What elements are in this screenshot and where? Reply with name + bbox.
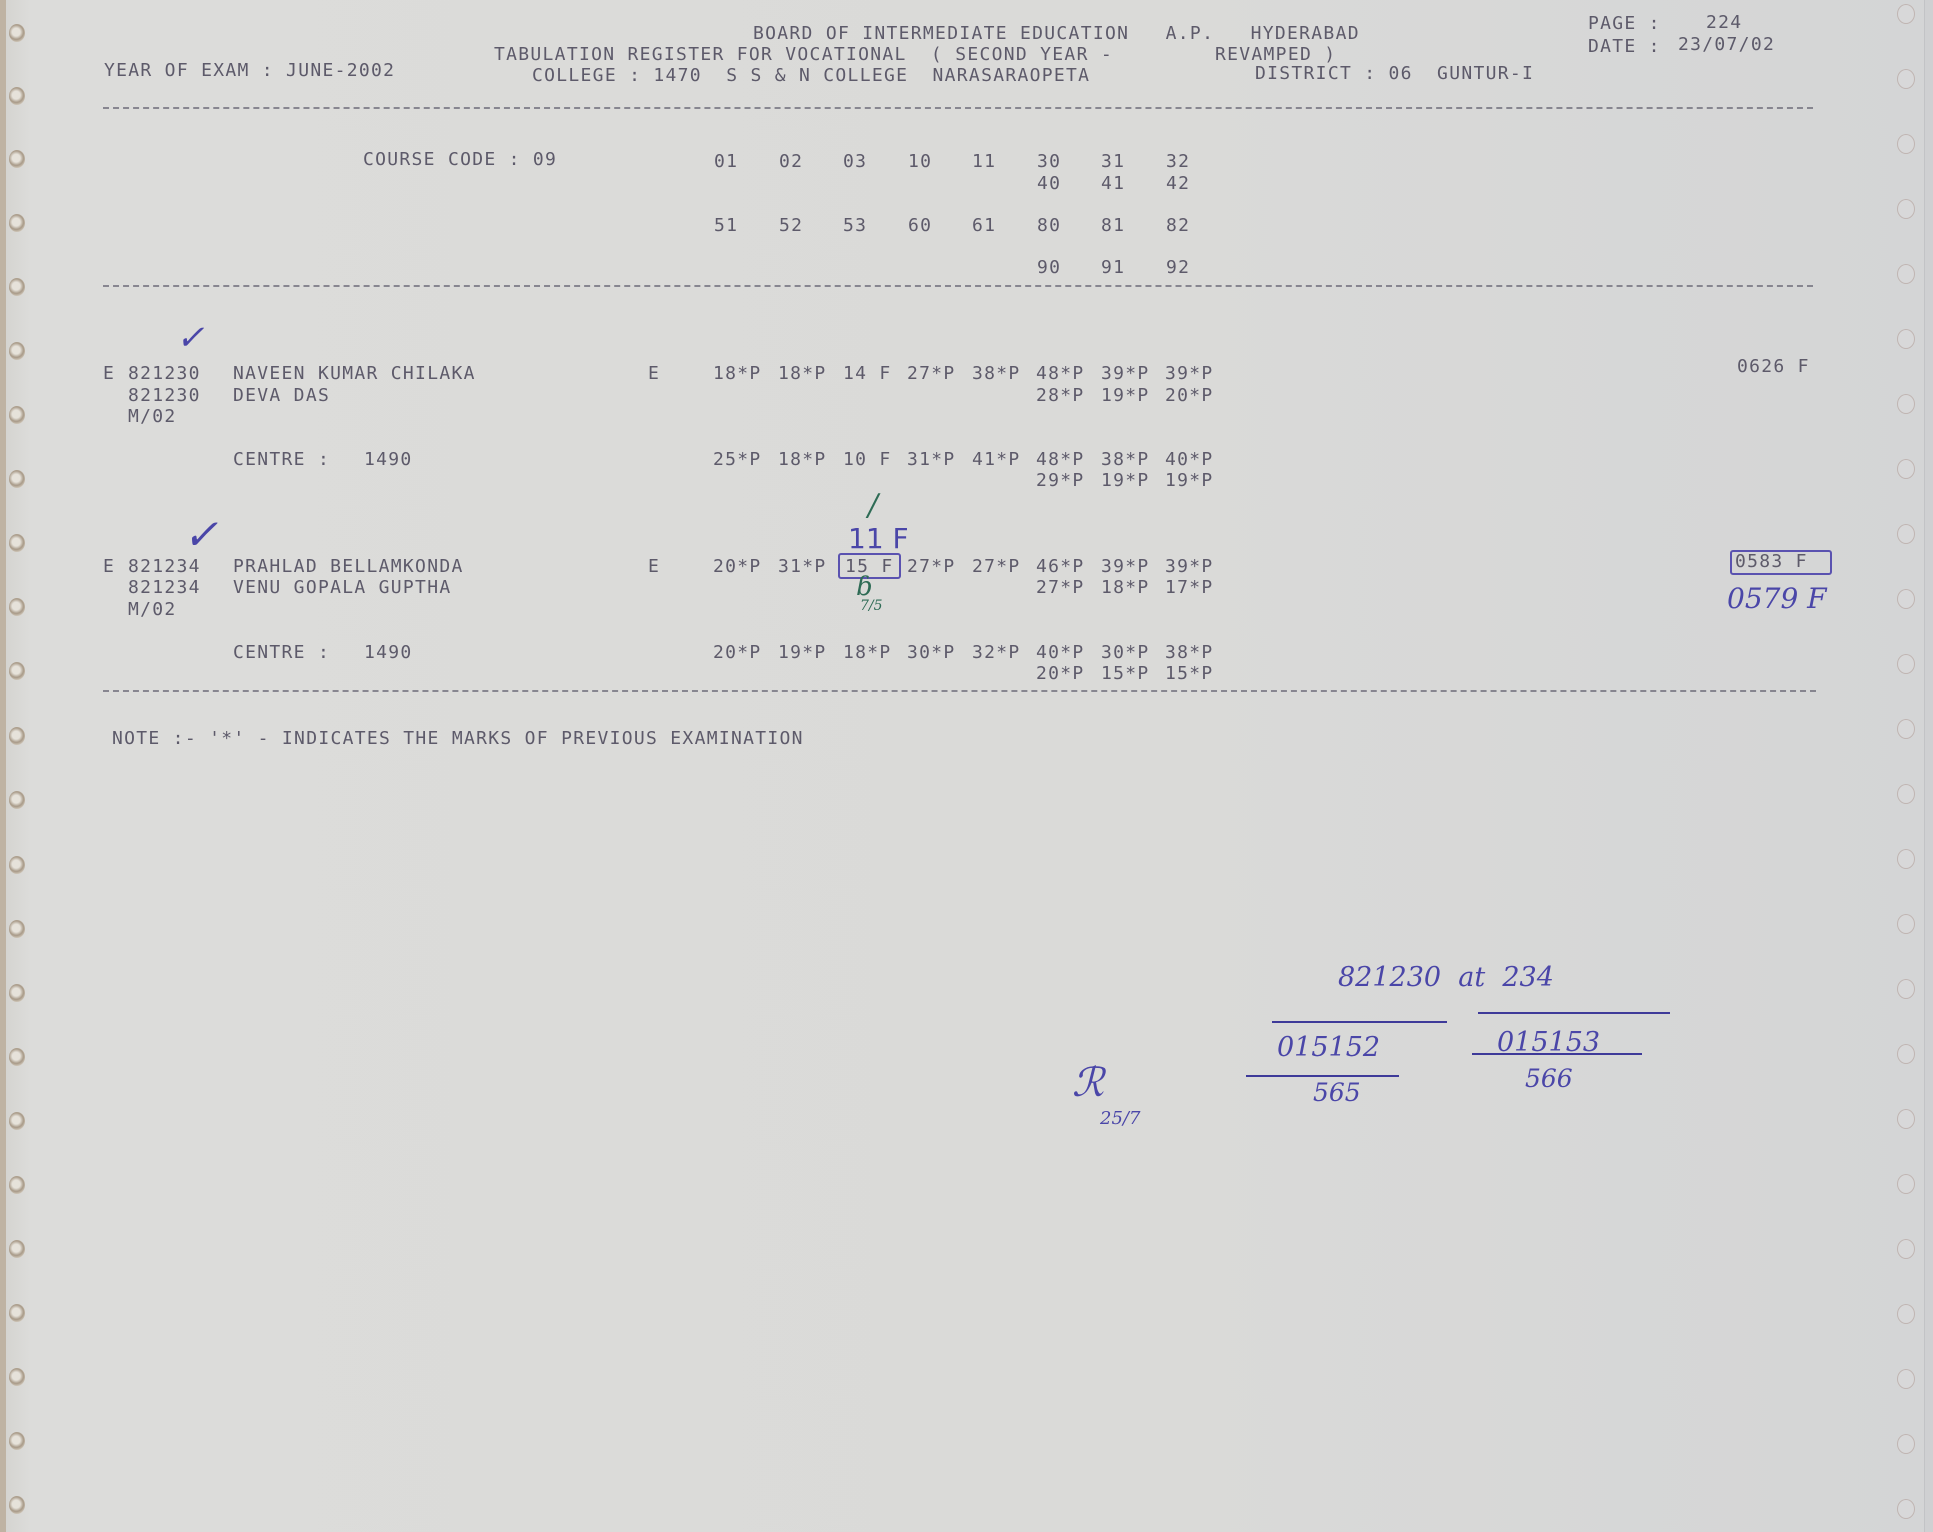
- mark: 39*P: [1101, 557, 1150, 577]
- feed-hole-icon: [1897, 1304, 1915, 1324]
- feed-hole-icon: [1897, 784, 1915, 804]
- total-correction-box: [1730, 550, 1832, 575]
- father-name: DEVA DAS: [233, 386, 330, 406]
- feed-hole-icon: [1897, 589, 1915, 609]
- records-divider: [103, 690, 1816, 692]
- year-of-exam: YEAR OF EXAM : JUNE-2002: [104, 61, 395, 81]
- feed-hole-icon: [1897, 1239, 1915, 1259]
- ref-left-bottom: 565: [1313, 1078, 1361, 1107]
- mark: 18*P: [713, 364, 762, 384]
- feed-hole-icon: [1897, 459, 1915, 479]
- hall-ticket: 821234: [128, 557, 201, 577]
- ref-rule: [1472, 1053, 1642, 1055]
- mark: 27*P: [907, 557, 956, 577]
- mark: 18*P: [778, 364, 827, 384]
- centre-code: 1490: [364, 450, 413, 470]
- feed-hole-icon: [9, 1240, 25, 1258]
- mark: 38*P: [1101, 450, 1150, 470]
- feed-hole-icon: [1897, 914, 1915, 934]
- feed-hole-icon: [9, 150, 25, 168]
- course-code-label: COURSE CODE : 09: [363, 150, 557, 170]
- date-value: 23/07/02: [1678, 35, 1775, 55]
- centre-code: 1490: [364, 643, 413, 663]
- record-prefix: E: [103, 557, 115, 577]
- feed-hole-icon: [1897, 524, 1915, 544]
- hall-ticket-2: 821234: [128, 578, 201, 598]
- mark: 39*P: [1165, 364, 1214, 384]
- ref-left-top: 015152: [1277, 1032, 1380, 1063]
- category: M/02: [128, 407, 177, 427]
- feed-hole-icon: [9, 791, 25, 809]
- feed-hole-icon: [9, 1112, 25, 1130]
- feed-hole-icon: [1897, 1044, 1915, 1064]
- feed-hole-icon: [1897, 199, 1915, 219]
- feed-hole-icon: [1897, 329, 1915, 349]
- record-prefix: E: [103, 364, 115, 384]
- mark: 27*P: [907, 364, 956, 384]
- total-result: 0626 F: [1737, 357, 1810, 377]
- feed-hole-icon: [1897, 979, 1915, 999]
- feed-hole-icon: [1897, 134, 1915, 154]
- feed-hole-icon: [1897, 4, 1915, 24]
- mark: 19*P: [1101, 386, 1150, 406]
- mark: 20*P: [1165, 386, 1214, 406]
- mark: 40*P: [1165, 450, 1214, 470]
- signature: ℛ: [1072, 1060, 1104, 1106]
- mark: 18*P: [1101, 578, 1150, 598]
- ref-right-bottom: 566: [1525, 1064, 1573, 1093]
- mark: 15*P: [1101, 664, 1150, 684]
- mark: 19*P: [1101, 471, 1150, 491]
- feed-hole-icon: [9, 984, 25, 1002]
- register-title: TABULATION REGISTER FOR VOCATIONAL ( SEC…: [494, 45, 1113, 65]
- feed-hole-icon: [9, 1368, 25, 1386]
- feed-hole-icon: [9, 1496, 25, 1514]
- ref-rule: [1478, 1012, 1670, 1014]
- signature-date: 25/7: [1100, 1108, 1140, 1129]
- student-name: NAVEEN KUMAR CHILAKA: [233, 364, 476, 384]
- mark: 29*P: [1036, 471, 1085, 491]
- father-name: VENU GOPALA GUPTHA: [233, 578, 451, 598]
- mark: 19*P: [1165, 471, 1214, 491]
- date-label: DATE :: [1588, 37, 1661, 57]
- mark: 18*P: [843, 643, 892, 663]
- register-revamped: REVAMPED ): [1215, 45, 1336, 65]
- feed-hole-icon: [1897, 719, 1915, 739]
- mark: 18*P: [778, 450, 827, 470]
- mark: 30*P: [907, 643, 956, 663]
- course-divider: [103, 285, 1813, 287]
- mark: 14 F: [843, 364, 892, 384]
- header-divider: [103, 107, 1813, 109]
- mark: 27*P: [972, 557, 1021, 577]
- feed-hole-icon: [9, 598, 25, 616]
- mark: 20*P: [1036, 664, 1085, 684]
- mark: 20*P: [713, 557, 762, 577]
- mark: 48*P: [1036, 450, 1085, 470]
- college-info: COLLEGE : 1470 S S & N COLLEGE NARASARAO…: [532, 66, 1090, 86]
- feed-hole-icon: [1897, 1499, 1915, 1519]
- feed-hole-icon: [1897, 264, 1915, 284]
- feed-hole-icon: [9, 278, 25, 296]
- centre-label: CENTRE :: [233, 643, 330, 663]
- mark: 38*P: [1165, 643, 1214, 663]
- initials-date: 7/5: [860, 598, 883, 614]
- mark: 30*P: [1101, 643, 1150, 663]
- footnote: NOTE :- '*' - INDICATES THE MARKS OF PRE…: [112, 729, 804, 749]
- mark: 40*P: [1036, 643, 1085, 663]
- mark: 31*P: [778, 557, 827, 577]
- feed-hole-icon: [1897, 394, 1915, 414]
- correction-mark: 11 F: [848, 522, 909, 555]
- feed-hole-icon: [9, 1432, 25, 1450]
- feed-hole-icon: [1897, 1174, 1915, 1194]
- mark: 32*P: [972, 643, 1021, 663]
- mark: 25*P: [713, 450, 762, 470]
- mark: 48*P: [1036, 364, 1085, 384]
- paper-right-edge: [1924, 0, 1933, 1532]
- feed-hole-icon: [9, 87, 25, 105]
- feed-hole-icon: [9, 470, 25, 488]
- feed-hole-icon: [1897, 849, 1915, 869]
- feed-hole-icon: [9, 214, 25, 232]
- mark: 10 F: [843, 450, 892, 470]
- ref-line: 821230 at 234: [1338, 962, 1554, 993]
- mark: 46*P: [1036, 557, 1085, 577]
- correction-slash: /: [868, 488, 878, 523]
- centre-label: CENTRE :: [233, 450, 330, 470]
- feed-hole-icon: [9, 1176, 25, 1194]
- mark: 28*P: [1036, 386, 1085, 406]
- hall-ticket-2: 821230: [128, 386, 201, 406]
- feed-hole-icon: [9, 856, 25, 874]
- feed-hole-icon: [9, 920, 25, 938]
- ref-rule: [1272, 1021, 1447, 1023]
- mark: 27*P: [1036, 578, 1085, 598]
- feed-hole-icon: [9, 534, 25, 552]
- hall-ticket: 821230: [128, 364, 201, 384]
- mark: 38*P: [972, 364, 1021, 384]
- feed-hole-icon: [9, 342, 25, 360]
- feed-hole-icon: [9, 1304, 25, 1322]
- board-title: BOARD OF INTERMEDIATE EDUCATION A.P. HYD…: [753, 24, 1360, 44]
- mark: 41*P: [972, 450, 1021, 470]
- mark: 19*P: [778, 643, 827, 663]
- feed-hole-icon: [1897, 69, 1915, 89]
- mark: 15*P: [1165, 664, 1214, 684]
- feed-hole-icon: [1897, 654, 1915, 674]
- tick-mark-icon: ✓: [183, 510, 218, 559]
- feed-hole-icon: [1897, 1109, 1915, 1129]
- mark: 17*P: [1165, 578, 1214, 598]
- feed-hole-icon: [9, 24, 25, 42]
- mark: 31*P: [907, 450, 956, 470]
- feed-hole-icon: [1897, 1434, 1915, 1454]
- mark: 39*P: [1165, 557, 1214, 577]
- mark: 39*P: [1101, 364, 1150, 384]
- category: M/02: [128, 600, 177, 620]
- feed-hole-icon: [9, 727, 25, 745]
- mark: 20*P: [713, 643, 762, 663]
- tick-mark-icon: ✓: [176, 318, 205, 358]
- student-name: PRAHLAD BELLAMKONDA: [233, 557, 464, 577]
- feed-hole-icon: [1897, 1369, 1915, 1389]
- page-label: PAGE :: [1588, 14, 1661, 34]
- medium: E: [648, 557, 660, 577]
- district-info: DISTRICT : 06 GUNTUR-I: [1255, 64, 1534, 84]
- feed-hole-icon: [9, 406, 25, 424]
- ref-rule: [1246, 1075, 1399, 1077]
- paper-left-edge: [0, 0, 6, 1532]
- medium: E: [648, 364, 660, 384]
- corrected-total: 0579 F: [1727, 582, 1827, 615]
- feed-hole-icon: [9, 662, 25, 680]
- page-number: 224: [1706, 13, 1742, 33]
- feed-hole-icon: [9, 1048, 25, 1066]
